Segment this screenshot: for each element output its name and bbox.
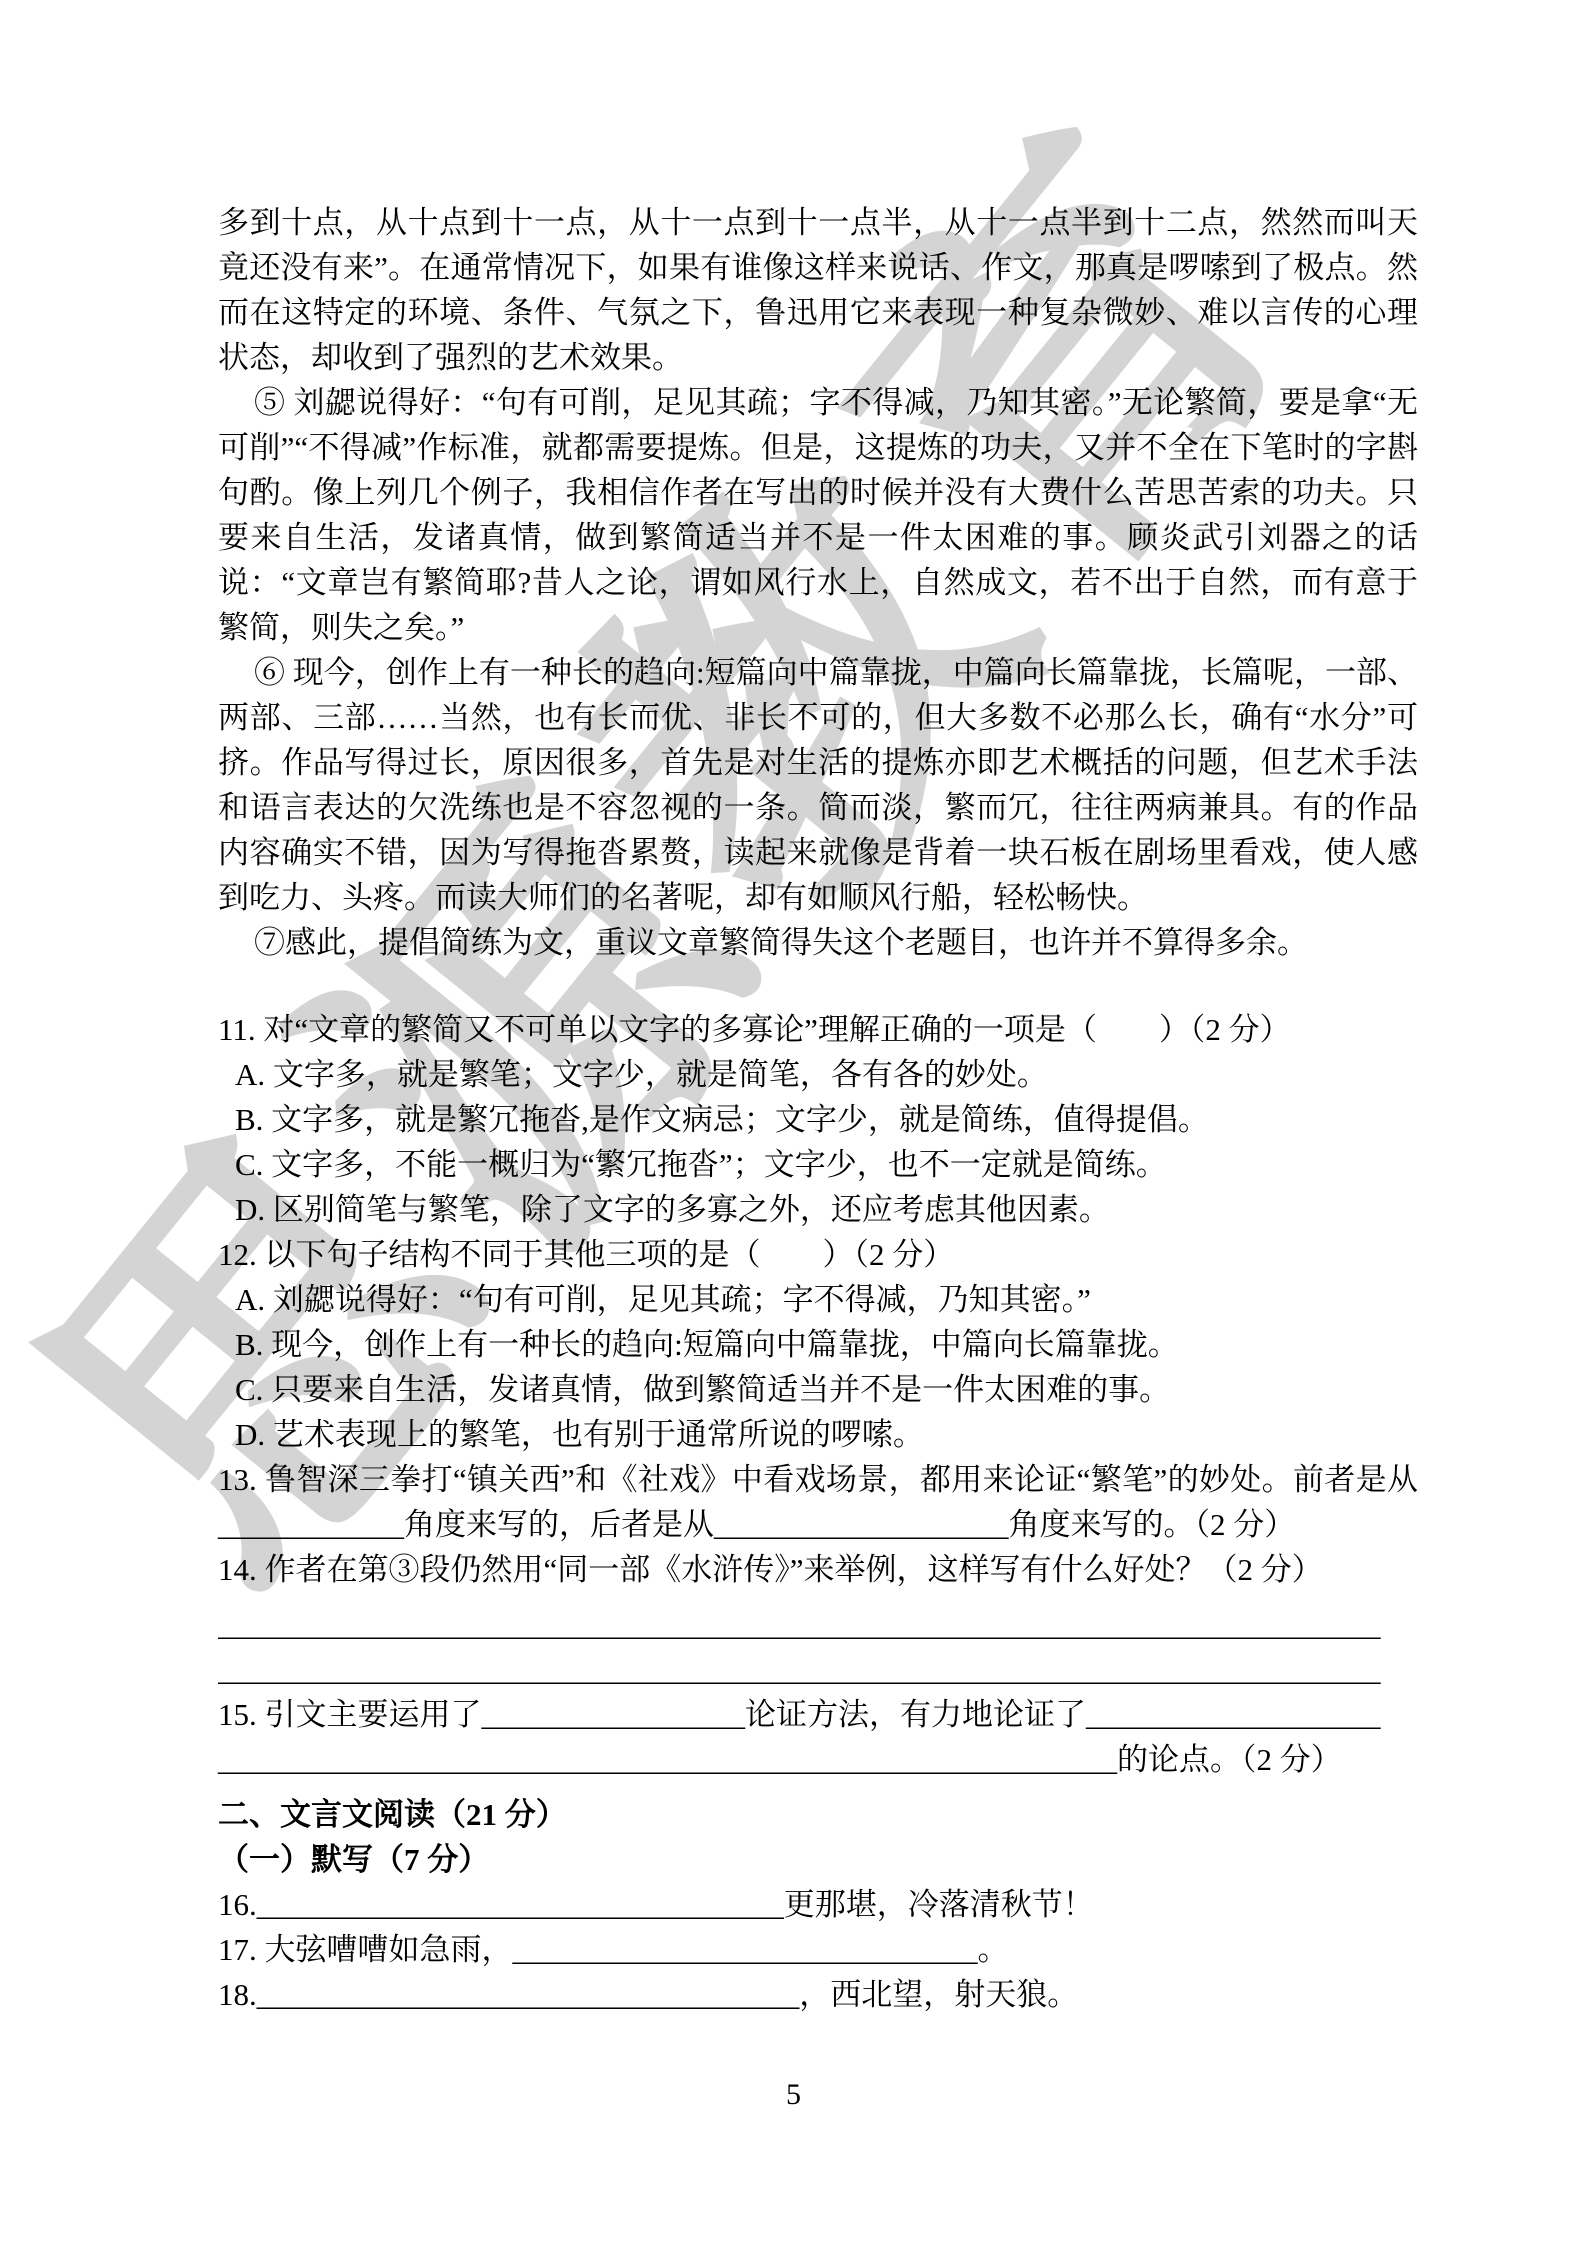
exam-page: 思源教育 多到十点，从十点到十一点，从十一点到十一点半，从十一点半到十二点，然然…	[0, 0, 1587, 2245]
question-12-option-c: C. 只要来自生活，发诸真情，做到繁简适当并不是一件太困难的事。	[235, 1367, 1418, 1412]
section-2-title: 二、文言文阅读（21 分）	[218, 1792, 1418, 1837]
passage-paragraph-7: ⑦感此，提倡简练为文，重议文章繁简得失这个老题目，也许并不算得多余。	[218, 920, 1418, 965]
dictation-item-17: 17. 大弦嘈嘈如急雨，____________________________…	[218, 1927, 1418, 1972]
question-11-stem: 11. 对“文章的繁简又不可单以文字的多寡论”理解正确的一项是（ ）（2 分）	[218, 1007, 1418, 1052]
question-12-option-a: A. 刘勰说得好：“句有可削，足见其疏；字不得减，乃知其密。”	[235, 1277, 1418, 1322]
question-12-stem: 12. 以下句子结构不同于其他三项的是（ ）（2 分）	[218, 1232, 1418, 1277]
section-2-subtitle: （一）默写（7 分）	[218, 1837, 1418, 1882]
question-13: 13. 鲁智深三拳打“镇关西”和《社戏》中看戏场景，都用来论证“繁笔”的妙处。前…	[218, 1457, 1418, 1547]
dictation-item-16: 16.__________________________________更那堪…	[218, 1882, 1418, 1927]
question-15-line2: ________________________________________…	[218, 1737, 1418, 1782]
dictation-item-18: 18.___________________________________，西…	[218, 1972, 1418, 2017]
question-11-option-b: B. 文字多，就是繁冗拖沓,是作文病忌；文字少，就是简练，值得提倡。	[235, 1097, 1418, 1142]
question-12-option-b: B. 现今，创作上有一种长的趋向:短篇向中篇靠拢，中篇向长篇靠拢。	[235, 1322, 1418, 1367]
passage-paragraph-5: ⑤ 刘勰说得好：“句有可削，足见其疏；字不得减，乃知其密。”无论繁简，要是拿“无…	[218, 380, 1418, 650]
question-15-line1: 15. 引文主要运用了_________________论证方法，有力地论证了_…	[218, 1692, 1418, 1737]
question-14: 14. 作者在第③段仍然用“同一部《水浒传》”来举例，这样写有什么好处？（2 分…	[218, 1547, 1418, 1692]
page-content: 多到十点，从十点到十一点，从十一点到十一点半，从十一点半到十二点，然然而叫天竟还…	[218, 200, 1418, 2017]
question-11: 11. 对“文章的繁简又不可单以文字的多寡论”理解正确的一项是（ ）（2 分） …	[218, 1007, 1418, 1232]
passage-paragraph-continuation: 多到十点，从十点到十一点，从十一点到十一点半，从十一点半到十二点，然然而叫天竟还…	[218, 200, 1418, 380]
question-12: 12. 以下句子结构不同于其他三项的是（ ）（2 分） A. 刘勰说得好：“句有…	[218, 1232, 1418, 1457]
answer-line: ________________________________________…	[218, 1602, 1418, 1647]
question-11-option-c: C. 文字多，不能一概归为“繁冗拖沓”；文字少，也不一定就是简练。	[235, 1142, 1418, 1187]
page-number: 5	[0, 2078, 1587, 2112]
question-14-stem: 14. 作者在第③段仍然用“同一部《水浒传》”来举例，这样写有什么好处？（2 分…	[218, 1547, 1418, 1592]
passage-paragraph-6: ⑥ 现今，创作上有一种长的趋向:短篇向中篇靠拢，中篇向长篇靠拢，长篇呢，一部、两…	[218, 650, 1418, 920]
question-12-option-d: D. 艺术表现上的繁笔，也有别于通常所说的啰嗦。	[235, 1412, 1418, 1457]
question-11-option-a: A. 文字多，就是繁笔；文字少，就是简笔，各有各的妙处。	[235, 1052, 1418, 1097]
question-11-option-d: D. 区别简笔与繁笔，除了文字的多寡之外，还应考虑其他因素。	[235, 1187, 1418, 1232]
answer-line: ________________________________________…	[218, 1647, 1418, 1692]
